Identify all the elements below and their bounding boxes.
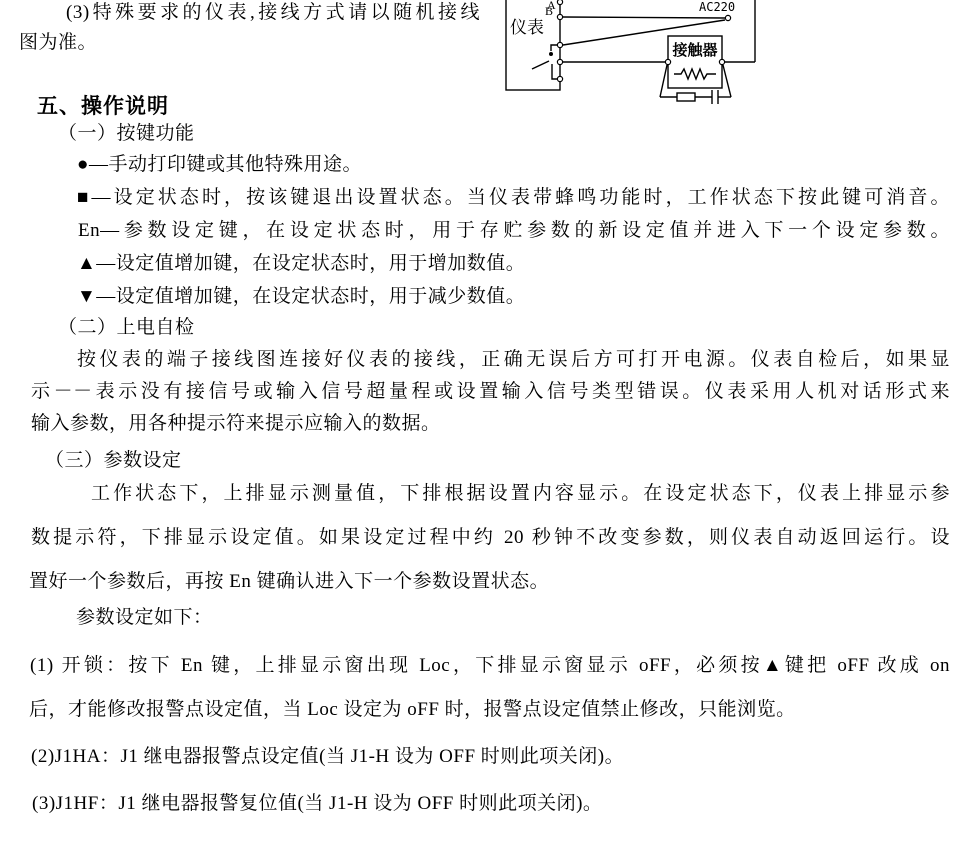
coil-symbol [674,69,716,79]
relay-contact-symbol [532,45,560,79]
contactor: 接触器 [668,36,722,88]
param-item-1-line-1: (1) 开锁：按下 En 键，上排显示窗出现 Loc，下排显示窗显示 oFF，必… [30,655,950,677]
params-line-2: 数提示符，下排显示设定值。如果设定过程中约 20 秒钟不改变参数，则仪表自动返回… [31,527,950,549]
terminal-b-label: B [545,4,553,18]
key-function-print: ●—手动打印键或其他特殊用途。 [77,154,362,176]
rc-snubber [660,65,731,104]
key-function-exit: ■—设定状态时，按该键退出设置状态。当仪表带蜂鸣功能时，工作状态下按此键可消音。 [77,187,950,209]
param-item-1-line-2: 后，才能修改报警点设定值，当 Loc 设定为 oFF 时，报警点设定值禁止修改，… [29,699,796,721]
section-heading: 五、操作说明 [37,95,169,117]
params-line-1: 工作状态下，上排显示测量值，下排根据设置内容显示。在设定状态下，仪表上排显示参 [91,483,950,505]
subsection-title-key-functions: （一）按键功能 [58,123,195,145]
param-item-3: (3)J1HF：J1 继电器报警复位值(当 J1-H 设为 OFF 时则此项关闭… [32,793,602,815]
params-list-intro: 参数设定如下： [76,607,213,629]
selfcheck-line-1: 按仪表的端子接线图连接好仪表的接线，正确无误后方可打开电源。仪表自检后，如果显 [77,349,950,371]
selfcheck-line-3: 输入参数，用各种提示符来提示应输入的数据。 [31,413,441,435]
intro-line-2: 图为准。 [19,32,97,54]
contactor-label: 接触器 [671,41,717,59]
subsection-title-selfcheck: （二）上电自检 [58,317,195,339]
key-function-down: ▼—设定值增加键，在设定状态时，用于减少数值。 [77,286,525,308]
param-item-2: (2)J1HA：J1 继电器报警点设定值(当 J1-H 设为 OFF 时则此项关… [31,746,624,768]
intro-line-1: (3)特殊要求的仪表,接线方式请以随机接线 [66,2,480,24]
key-function-enter: En—参数设定键，在设定状态时，用于存贮参数的新设定值并进入下一个设定参数。 [78,220,950,242]
ac220-node [725,15,730,20]
resistor-symbol [677,93,695,101]
wiring-diagram: 仪表 A B AC220 [498,0,770,110]
manual-page: (3)特殊要求的仪表,接线方式请以随机接线 图为准。 仪表 A B [0,0,960,842]
instrument-label: 仪表 [510,18,544,37]
selfcheck-line-2: 示－－表示没有接信号或输入信号超量程或设置输入信号类型错误。仪表采用人机对话形式… [31,381,950,403]
ac220-label: AC220 [699,0,735,14]
subsection-title-params: （三）参数设定 [45,450,182,472]
key-function-up: ▲—设定值增加键，在设定状态时，用于增加数值。 [77,253,525,275]
params-line-3: 置好一个参数后，再按 En 键确认进入下一个参数设置状态。 [29,571,549,593]
